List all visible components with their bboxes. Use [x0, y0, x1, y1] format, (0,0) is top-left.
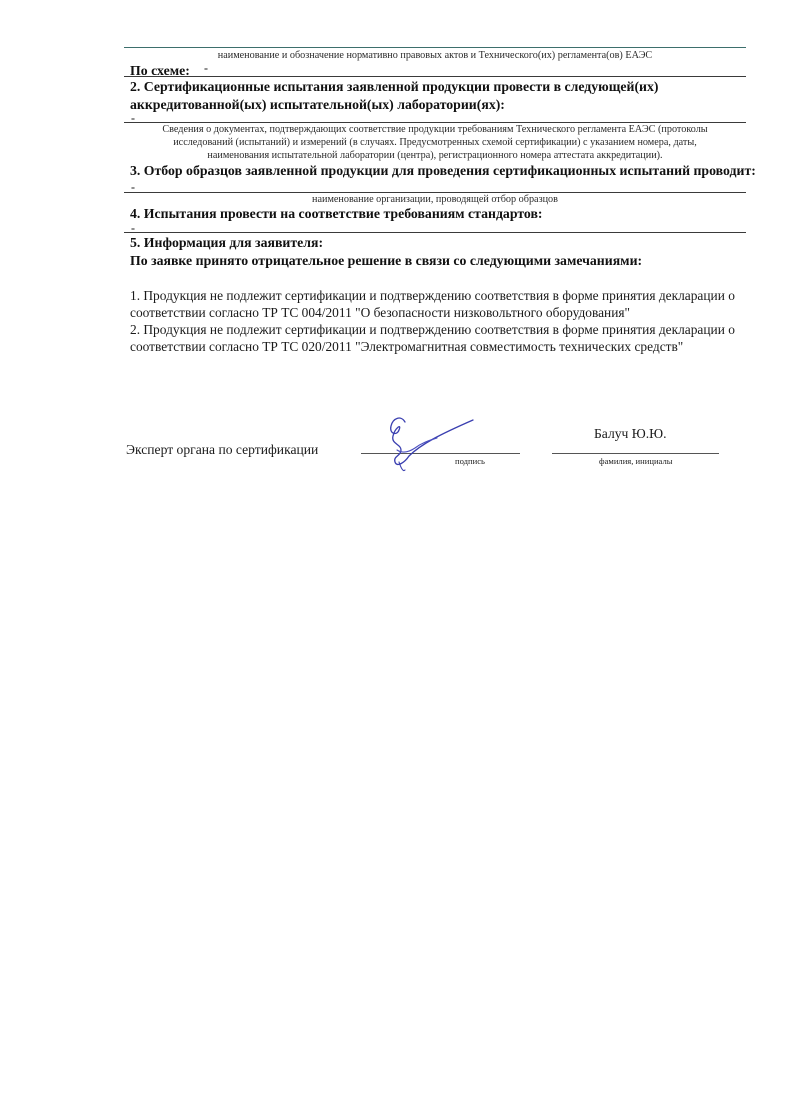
section2-heading-line2: аккредитованной(ых) испытательной(ых) ла…	[130, 96, 505, 114]
section2-rule	[124, 122, 746, 123]
remark-1-line1: 1. Продукция не подлежит сертификации и …	[130, 287, 735, 305]
signature-mark	[375, 410, 485, 475]
remark-1-line2: соответствии согласно ТР ТС 004/2011 "О …	[130, 304, 630, 322]
section2-caption-line1: Сведения о документах, подтверждающих со…	[124, 124, 746, 136]
top-rule	[124, 47, 746, 48]
signer-role: Эксперт органа по сертификации	[126, 441, 318, 459]
remark-2-line1: 2. Продукция не подлежит сертификации и …	[130, 321, 735, 339]
section3-rule	[124, 192, 746, 193]
name-line	[552, 453, 719, 454]
signer-name: Балуч Ю.Ю.	[594, 425, 667, 443]
section3-heading: 3. Отбор образцов заявленной продукции д…	[130, 162, 756, 180]
name-caption: фамилия, инициалы	[599, 456, 673, 466]
section2-caption-line3: наименования испытательной лаборатории (…	[124, 150, 746, 162]
section5-heading: 5. Информация для заявителя:	[130, 234, 323, 252]
document-page: наименование и обозначение нормативно пр…	[0, 0, 791, 1120]
section5-subheading: По заявке принято отрицательное решение …	[130, 252, 642, 270]
remark-2-line2: соответствии согласно ТР ТС 020/2011 "Эл…	[130, 338, 683, 356]
section4-rule	[124, 232, 746, 233]
section2-heading-line1: 2. Сертификационные испытания заявленной…	[130, 78, 659, 96]
scheme-rule	[124, 76, 746, 77]
scheme-value: -	[204, 62, 208, 74]
regulations-caption: наименование и обозначение нормативно пр…	[124, 50, 746, 62]
section2-caption-line2: исследований (испытаний) и измерений (в …	[124, 137, 746, 149]
section4-heading: 4. Испытания провести на соответствие тр…	[130, 205, 543, 223]
